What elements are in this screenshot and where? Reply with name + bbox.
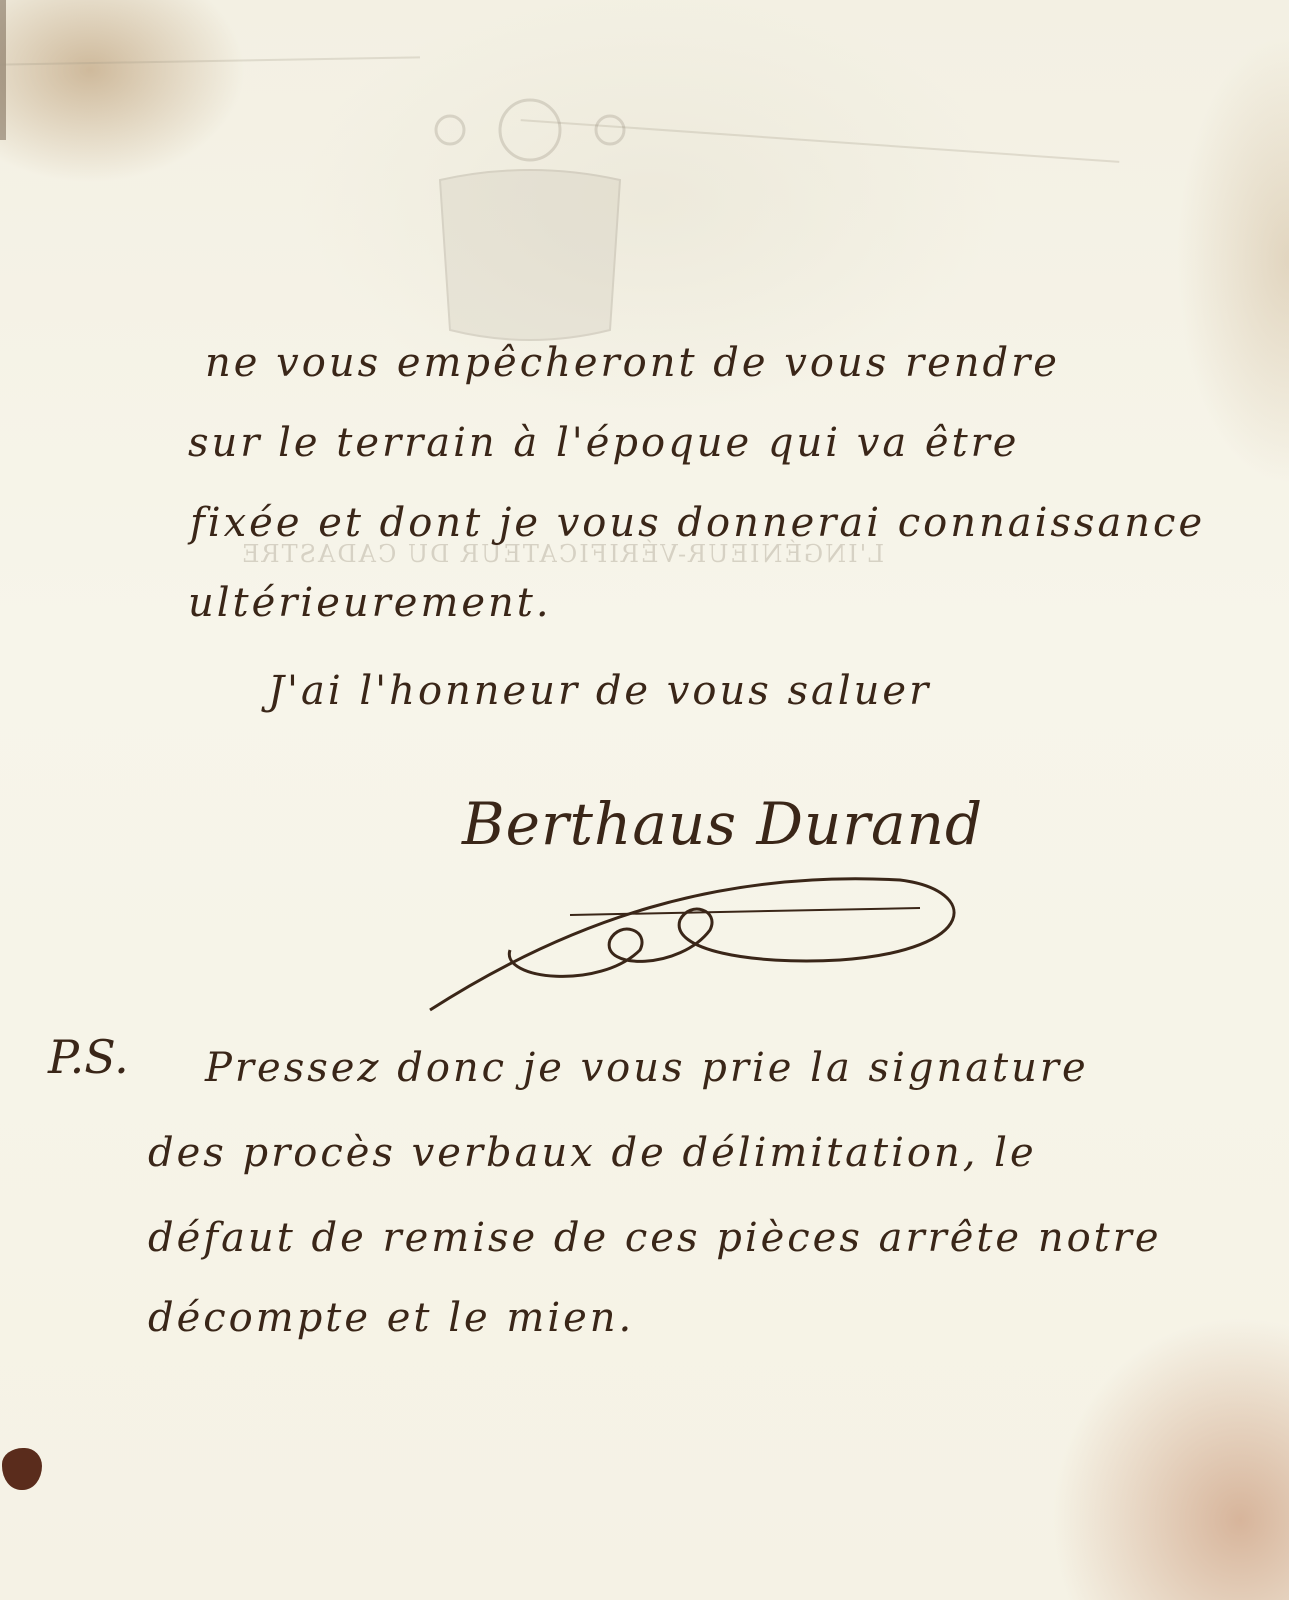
postscript-line-3: défaut de remise de ces pièces arrête no… (148, 1215, 1162, 1261)
ink-blot (2, 1448, 42, 1490)
body-line-1: ne vous empêcheront de vous rendre (205, 340, 1060, 386)
letter-page: L'INGÉNIEUR-VÉRIFICATEUR DU CADASTRE ne … (0, 0, 1289, 1600)
body-line-2: sur le terrain à l'époque qui va être (188, 420, 1019, 466)
body-line-4: ultérieurement. (188, 580, 552, 626)
postscript-line-4: décompte et le mien. (148, 1295, 634, 1341)
postscript-line-2: des procès verbaux de délimitation, le (148, 1130, 1037, 1176)
postscript-line-1: Pressez donc je vous prie la signature (205, 1045, 1089, 1091)
body-line-3: fixée et dont je vous donnerai connaissa… (190, 500, 1205, 546)
bleed-through-seal-icon (420, 90, 640, 350)
postscript-label: P.S. (48, 1030, 129, 1084)
signature: Berthaus Durand (462, 790, 983, 858)
signature-flourish-icon (420, 860, 1000, 1020)
paper-edge-shadow (0, 0, 6, 140)
paper-crease (0, 56, 420, 65)
closing-line: J'ai l'honneur de vous saluer (268, 668, 931, 714)
